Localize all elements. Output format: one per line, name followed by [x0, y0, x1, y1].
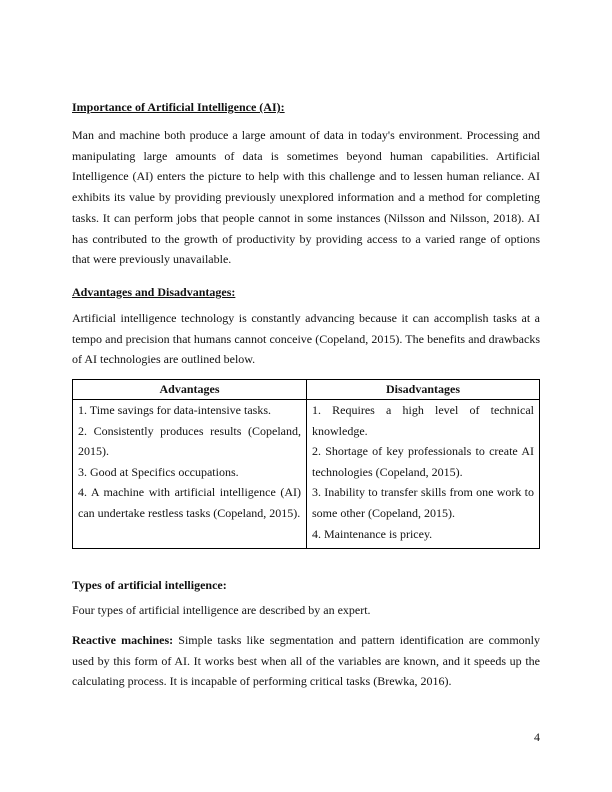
paragraph-advantages-intro: Artificial intelligence technology is co…: [72, 308, 540, 370]
advantage-item: 1. Time savings for data-intensive tasks…: [78, 400, 301, 421]
disadvantages-cell: 1. Requires a high level of technical kn…: [307, 400, 540, 549]
heading-advantages-disadvantages: Advantages and Disadvantages:: [72, 285, 235, 299]
advantage-item: 3. Good at Specifics occupations.: [78, 462, 301, 483]
reactive-machines-label: Reactive machines:: [72, 633, 173, 647]
paragraph-importance: Man and machine both produce a large amo…: [72, 125, 540, 270]
heading-importance-of-ai: Importance of Artificial Intelligence (A…: [72, 100, 285, 114]
table-row: 1. Time savings for data-intensive tasks…: [73, 400, 540, 549]
disadvantage-item: 3. Inability to transfer skills from one…: [312, 482, 534, 523]
table-header-row: Advantages Disadvantages: [73, 380, 540, 400]
disadvantage-item: 4. Maintenance is pricey.: [312, 524, 534, 545]
page-number: 4: [534, 730, 540, 745]
table-header-disadvantages: Disadvantages: [307, 380, 540, 400]
paragraph-reactive-machines: Reactive machines: Simple tasks like seg…: [72, 630, 540, 692]
disadvantage-item: 1. Requires a high level of technical kn…: [312, 400, 534, 441]
advantage-item: 4. A machine with artificial intelligenc…: [78, 482, 301, 523]
advantage-item: 2. Consistently produces results (Copela…: [78, 421, 301, 462]
advantages-cell: 1. Time savings for data-intensive tasks…: [73, 400, 307, 549]
heading-types-of-ai: Types of artificial intelligence:: [72, 578, 227, 592]
paragraph-types-intro: Four types of artificial intelligence ar…: [72, 600, 540, 621]
disadvantage-item: 2. Shortage of key professionals to crea…: [312, 441, 534, 482]
table-header-advantages: Advantages: [73, 380, 307, 400]
advantages-disadvantages-table: Advantages Disadvantages 1. Time savings…: [72, 379, 540, 549]
